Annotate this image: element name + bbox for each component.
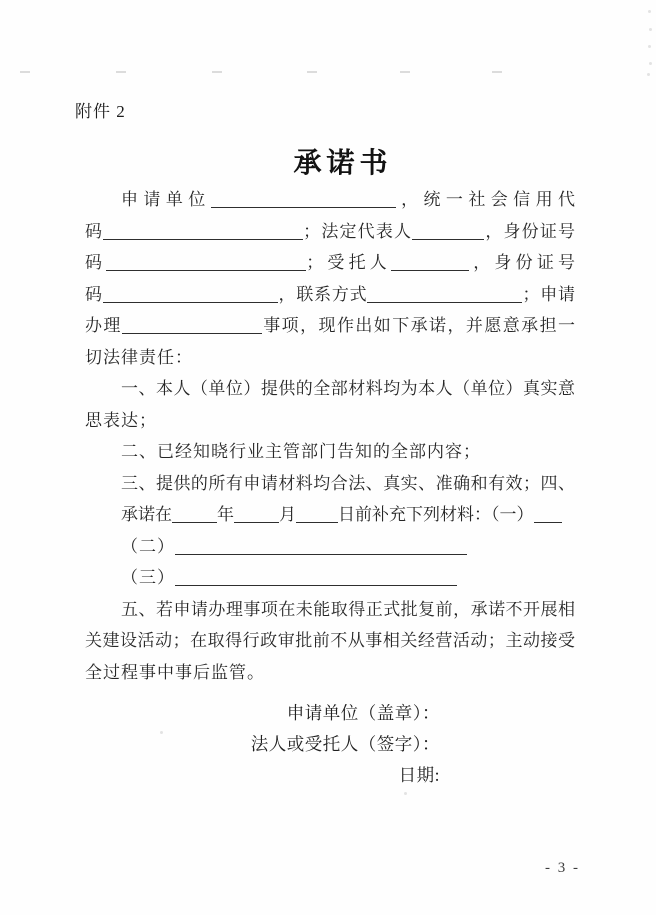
body-text: 日前补充下列材料：（一）	[338, 505, 534, 524]
scan-artifact-dash	[116, 71, 126, 73]
body-text: 码	[85, 222, 103, 241]
scan-artifact-speck	[160, 731, 163, 734]
blank-underline	[103, 225, 303, 240]
body-text: 五、若申请办理事项在未能取得正式批复前，承诺不开展相	[121, 600, 575, 619]
body-text: ；申请	[522, 285, 575, 304]
scan-artifact-dash	[212, 71, 222, 73]
body-line: 三、提供的所有申请材料均合法、真实、准确和有效；四、	[85, 468, 575, 500]
body-line: 全过程事中事后监管。	[85, 657, 575, 689]
body-line: 一、本人（单位）提供的全部材料均为本人（单位）真实意	[85, 373, 575, 405]
body-line: 办理事项，现作出如下承诺，并愿意承担一	[85, 310, 575, 342]
body-line: 关建设活动；在取得行政审批前不从事相关经营活动；主动接受	[85, 625, 575, 657]
signature-unit-seal-line: 申请单位（盖章）：	[251, 698, 440, 729]
blank-underline	[391, 256, 469, 271]
body-line: 思表达；	[85, 405, 575, 437]
body-text: ，联系方式	[278, 285, 368, 304]
blank-underline	[103, 288, 278, 303]
body-text: ；法定代表人	[303, 222, 412, 241]
body-text: 思表达；	[85, 411, 157, 430]
body-text: 事项，现作出如下承诺，并愿意承担一	[262, 316, 575, 335]
body-line: 申请单位，统一社会信用代	[85, 184, 575, 216]
scan-artifact-speck	[648, 45, 651, 48]
body-text: 码	[85, 253, 106, 272]
body-line: 承诺在年月日前补充下列材料：（一）	[85, 499, 575, 531]
body-text: 码	[85, 285, 103, 304]
body-text: 切法律责任：	[85, 348, 193, 367]
body-line: 码，联系方式；申请	[85, 279, 575, 311]
blank-underline	[122, 319, 262, 334]
scan-artifact-dash	[492, 71, 502, 73]
signature-date-line: 日期:	[251, 760, 440, 791]
body-text: 一、本人（单位）提供的全部材料均为本人（单位）真实意	[121, 379, 575, 398]
body-text: ；受托人	[306, 253, 391, 272]
body-text: 办理	[85, 316, 122, 335]
blank-underline	[534, 508, 562, 523]
body-text: 关建设活动；在取得行政审批前不从事相关经营活动；主动接受	[85, 631, 575, 650]
body-line: 切法律责任：	[85, 342, 575, 374]
body-text: 年	[217, 505, 234, 524]
document-body: 申请单位，统一社会信用代 码；法定代表人，身份证号 码；受托人，身份证号 码，联…	[85, 184, 575, 688]
signature-block: 申请单位（盖章）： 法人或受托人（签字）： 日期:	[251, 698, 440, 791]
blank-underline	[234, 508, 279, 523]
body-line: 码；法定代表人，身份证号	[85, 216, 575, 248]
body-text: （二）	[121, 537, 175, 556]
body-line: 五、若申请办理事项在未能取得正式批复前，承诺不开展相	[85, 594, 575, 626]
body-text: （三）	[121, 568, 175, 587]
body-line: （二）	[85, 531, 575, 563]
blank-underline	[211, 193, 396, 208]
body-text: 二、已经知晓行业主管部门告知的全部内容；	[121, 442, 481, 461]
body-line: 码；受托人，身份证号	[85, 247, 575, 279]
body-text: 全过程事中事后监管。	[85, 663, 265, 682]
scan-artifact-dash	[400, 71, 410, 73]
document-title: 承诺书	[30, 141, 656, 181]
scan-artifact-dash	[307, 71, 317, 73]
blank-underline	[106, 256, 306, 271]
blank-underline	[296, 508, 338, 523]
blank-underline	[175, 540, 467, 555]
blank-underline	[175, 571, 457, 586]
body-line: 二、已经知晓行业主管部门告知的全部内容；	[85, 436, 575, 468]
blank-underline	[367, 288, 522, 303]
blank-underline	[412, 225, 484, 240]
scanned-document-page: 附件 2 承诺书 申请单位，统一社会信用代 码；法定代表人，身份证号 码；受托人…	[0, 0, 656, 915]
body-text: ，身份证号	[484, 222, 575, 241]
scan-artifact-speck	[649, 28, 652, 31]
scan-artifact-speck	[648, 10, 651, 13]
signature-legal-or-trustee-line: 法人或受托人（签字）：	[251, 729, 440, 760]
body-text: 三、提供的所有申请材料均合法、真实、准确和有效；四、	[121, 474, 575, 493]
attachment-label: 附件 2	[75, 97, 126, 122]
body-text: 承诺在	[121, 505, 172, 524]
scan-artifact-speck	[404, 792, 407, 795]
scan-artifact-speck	[649, 62, 652, 65]
body-text: ，统一社会信用代	[396, 190, 575, 209]
body-text: 月	[279, 505, 296, 524]
blank-underline	[172, 508, 217, 523]
scan-artifact-speck	[647, 73, 650, 76]
body-line: （三）	[85, 562, 575, 594]
body-text: 申请单位	[121, 190, 211, 209]
page-number: - 3 -	[545, 860, 580, 877]
scan-artifact-dash	[20, 71, 30, 73]
body-text: ，身份证号	[469, 253, 575, 272]
